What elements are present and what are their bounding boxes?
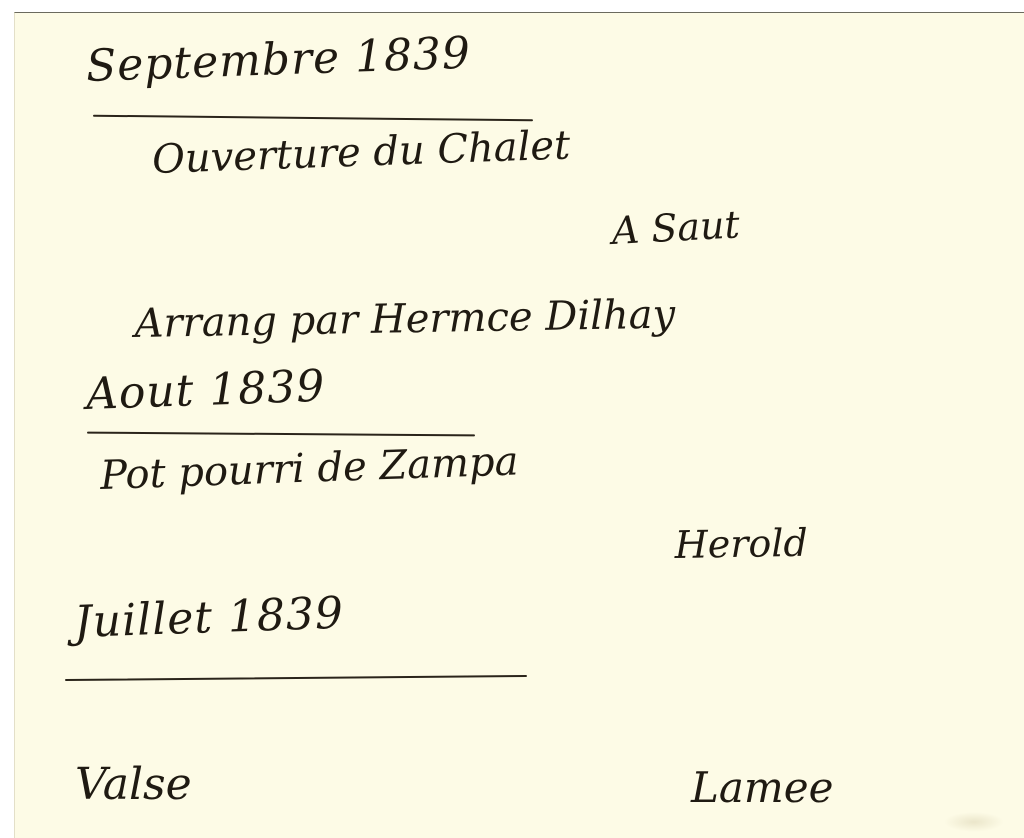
manuscript-page: Septembre 1839 Ouverture du Chalet A Sau… [14, 12, 1024, 838]
entry-3-composer: Lamee [691, 763, 833, 812]
entry-1-title: Ouverture du Chalet [151, 122, 570, 183]
entry-1-arranger-note: Arrang par Hermce Dilhay [134, 292, 675, 347]
paper-stain [944, 812, 1004, 832]
entry-2-date: Aout 1839 [85, 361, 326, 420]
entry-3-title: Valse [75, 759, 192, 810]
entry-2-underline [87, 432, 475, 437]
entry-1-underline [93, 115, 533, 122]
entry-2-title: Pot pourri de Zampa [99, 438, 519, 499]
entry-2-composer: Herold [674, 521, 808, 567]
entry-3-underline [65, 675, 527, 681]
entry-3-date: Juillet 1839 [73, 588, 345, 648]
entry-1-composer: A Saut [611, 202, 741, 253]
entry-1-date: Septembre 1839 [85, 28, 472, 92]
